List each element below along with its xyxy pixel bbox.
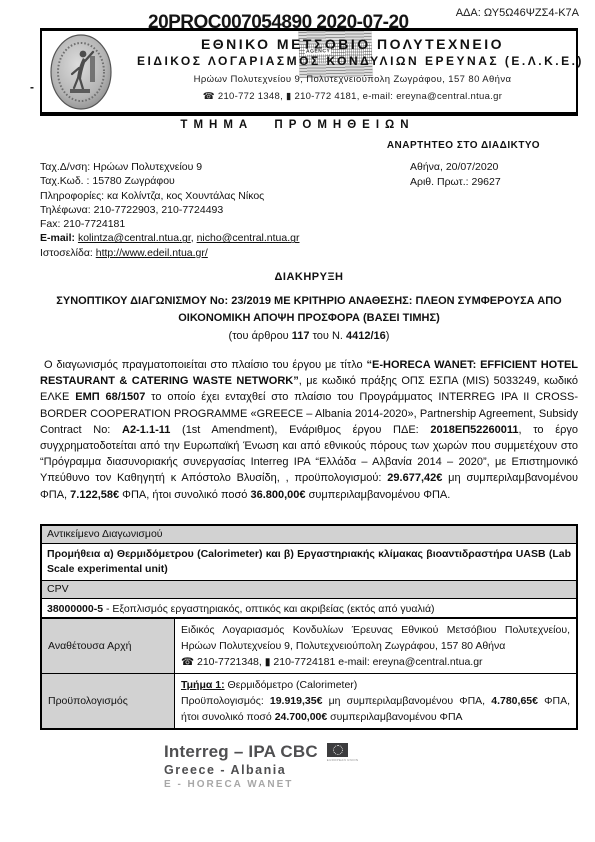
doc-subtitle-line3: (του άρθρου 117 του Ν. 4412/16) — [40, 330, 578, 342]
org-phone: 210-772 1348, — [218, 91, 283, 102]
budget-label: Προϋπολογισμός — [42, 674, 175, 728]
stray-mark: - — [30, 80, 34, 94]
agency-stamp-label: AGENCY — [305, 48, 332, 55]
org-email-label: e-mail: — [363, 91, 394, 102]
document-page: 20PROC007054890 2020-07-20 ΑΔΑ: ΩΥ5Ω46ΨΖ… — [0, 0, 595, 842]
email-link-2[interactable]: nicho@central.ntua.gr — [197, 232, 300, 244]
doc-title: ΔΙΑΚΗΡΥΞΗ — [40, 271, 578, 283]
org-fax: 210-772 4181, — [294, 91, 359, 102]
budget-row: Προϋπολογισμός Τμήμα 1: Θερμιδόμετρο (Ca… — [42, 673, 576, 728]
date-protocol-block: Αθήνα, 20/07/2020 Αριθ. Πρωτ.: 29627 — [410, 160, 501, 190]
budget-value: Τμήμα 1: Θερμιδόμετρο (Calorimeter)Προϋπ… — [175, 674, 576, 728]
contact-line-website: Ιστοσελίδα: http://www.edeil.ntua.gr/ — [40, 246, 400, 260]
logo-subtitle-project: E - HORECA WANET — [164, 779, 358, 790]
cpv-header-row: CPV — [42, 580, 576, 598]
org-contact-line: ☎ 210-772 1348, ▮ 210-772 4181, e-mail: … — [137, 91, 568, 102]
web-posting-note: ΑΝΑΡΤΗΤΕΟ ΣΤΟ ΔΙΑΔΙΚΤΥΟ — [387, 140, 540, 151]
contact-line-phones: Τηλέφωνα: 210-7722903, 210-7724493 — [40, 203, 400, 217]
website-link[interactable]: http://www.edeil.ntua.gr/ — [96, 247, 208, 259]
subject-header-row: Αντικείμενο Διαγωνισμού — [42, 526, 576, 543]
city-date-line: Αθήνα, 20/07/2020 — [410, 160, 501, 175]
ada-code: ΑΔΑ: ΩΥ5Ω46ΨΖΣ4-Κ7Α — [456, 7, 579, 19]
contracting-authority-row: Αναθέτουσα Αρχή Ειδικός Λογαριασμός Κονδ… — [42, 619, 576, 673]
subject-value-row: Προμήθεια α) Θερμιδόμετρου (Calorimeter)… — [42, 543, 576, 580]
doc-subtitle-line2: ΟΙΚΟΝΟΜΙΚΗ ΑΠΟΨΗ ΠΡΟΣΦΟΡΑ (ΒΑΣΕΙ ΤΙΜΗΣ) — [40, 312, 578, 324]
interreg-logo: Interreg – IPA CBC EUROPEAN UNION Greece… — [164, 742, 358, 790]
email-link-1[interactable]: kolintza@central.ntua.gr — [78, 232, 191, 244]
contact-line-fax: Fax: 210-7724181 — [40, 217, 400, 231]
org-email: ereyna@central.ntua.gr — [396, 91, 502, 102]
phone-icon: ☎ — [203, 91, 215, 102]
contracting-authority-value: Ειδικός Λογαριασμός Κονδυλίων Έρευνας Εθ… — [175, 619, 576, 673]
interreg-logo-title: Interreg – IPA CBC — [164, 742, 318, 762]
doc-subtitle-line1: ΣΥΝΟΠΤΙΚΟΥ ΔΙΑΓΩΝΙΣΜΟΥ Νο: 23/2019 ΜΕ ΚΡ… — [40, 295, 578, 307]
protocol-number: Αριθ. Πρωτ.: 29627 — [410, 175, 501, 190]
contact-info-block: Ταχ.Δ/νση: Ηρώων Πολυτεχνείου 9 Ταχ.Κωδ.… — [40, 160, 400, 260]
contracting-authority-label: Αναθέτουσα Αρχή — [42, 619, 175, 673]
contact-line-info: Πληροφορίες: κα Κολίντζα, κος Χουντάλας … — [40, 189, 400, 203]
contact-line-postcode: Ταχ.Κωδ. : 15780 Ζωγράφου — [40, 174, 400, 188]
ntua-seal-icon — [50, 34, 112, 110]
eu-flag-block: EUROPEAN UNION — [327, 743, 359, 762]
digital-signature-stamp: AGENCY — [298, 29, 372, 78]
logo-subtitle-greece-albania: Greece - Albania — [164, 763, 358, 777]
contact-line-address: Ταχ.Δ/νση: Ηρώων Πολυτεχνείου 9 — [40, 160, 400, 174]
details-table: Αναθέτουσα Αρχή Ειδικός Λογαριασμός Κονδ… — [40, 617, 578, 730]
department-title: ΤΜΗΜΑ ΠΡΟΜΗΘΕΙΩΝ — [0, 119, 595, 131]
contact-line-email: E-mail: kolintza@central.ntua.gr, nicho@… — [40, 231, 400, 245]
fax-icon: ▮ — [286, 91, 292, 102]
eu-flag-label: EUROPEAN UNION — [327, 758, 359, 762]
subject-table: Αντικείμενο Διαγωνισμού Προμήθεια α) Θερ… — [40, 524, 578, 622]
body-paragraph: Ο διαγωνισμός πραγματοποιείται στο πλαίσ… — [40, 357, 578, 503]
eu-flag-icon — [327, 743, 348, 757]
